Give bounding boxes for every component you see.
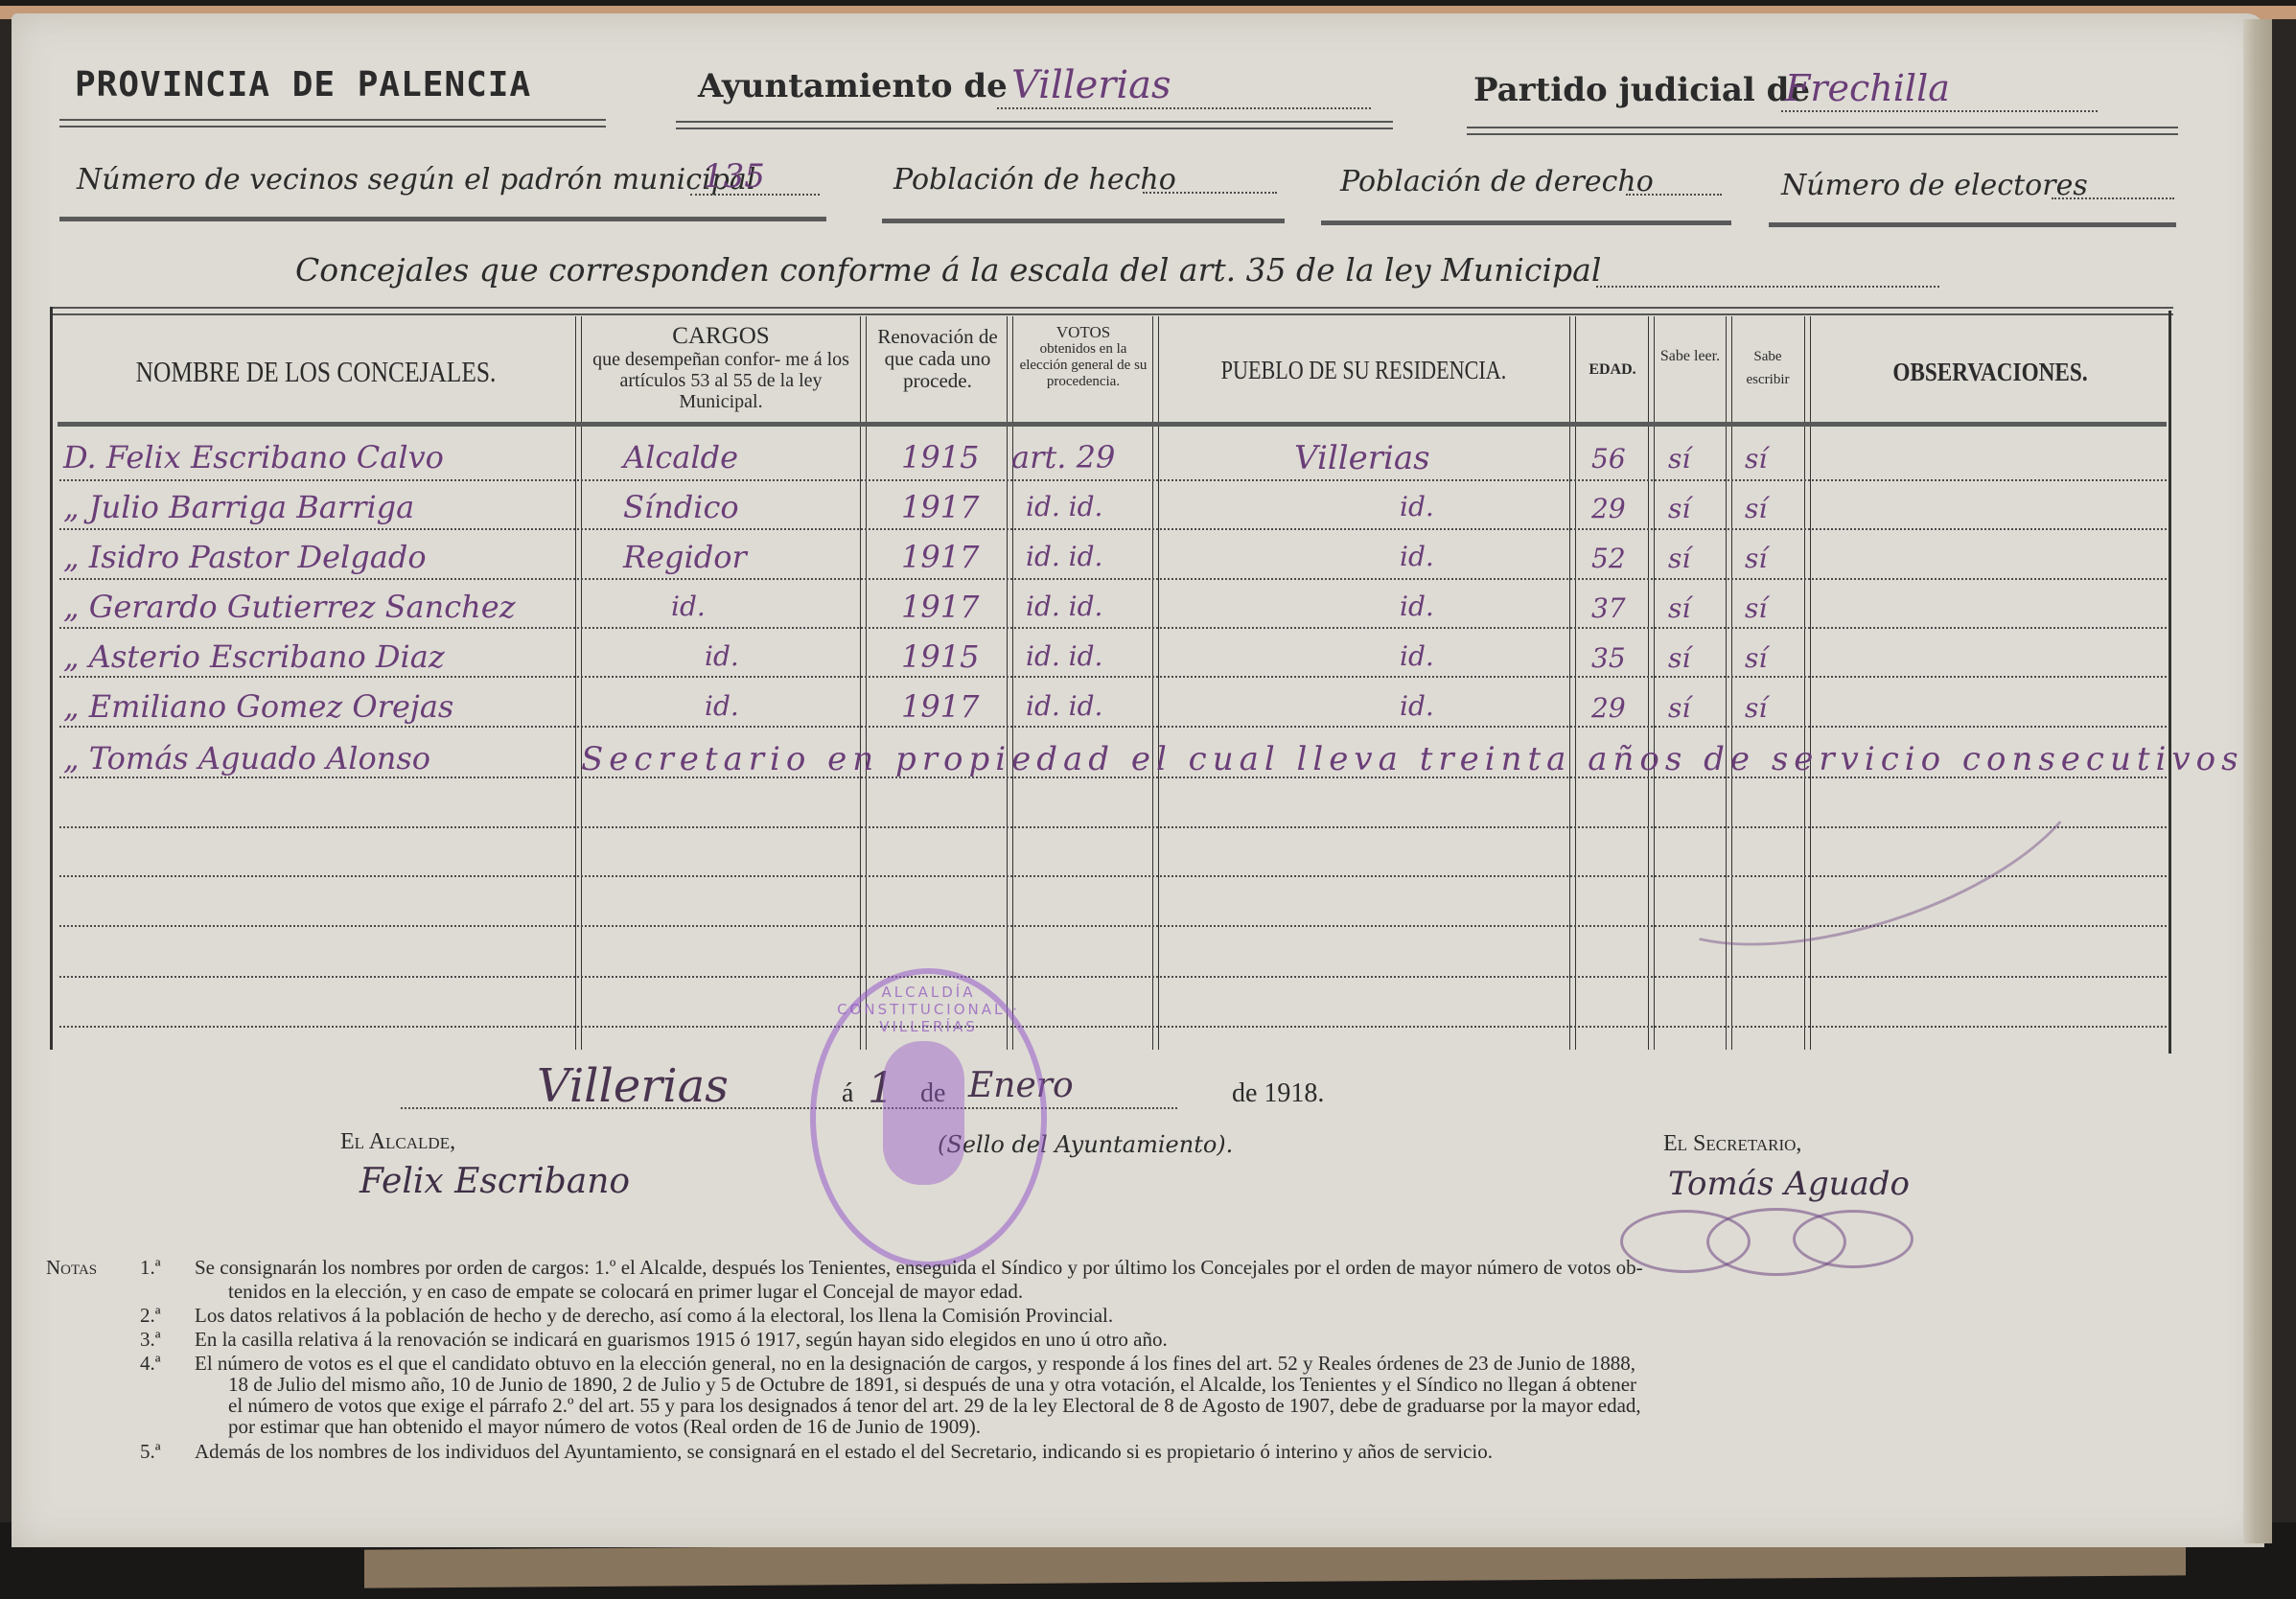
municipal-seal-stamp: ALCALDÍA CONSTITUCIONAL · VILLERÍAS <box>810 968 1047 1267</box>
cell-cargo: id. <box>705 640 739 672</box>
cell-pueblo: Villerias <box>1294 439 1430 477</box>
cell-nombre: „ Emiliano Gomez Orejas <box>63 688 453 725</box>
divider <box>676 121 1393 129</box>
cell-nombre: „ Asterio Escribano Diaz <box>63 638 445 675</box>
cell-nombre: D. Felix Escribano Calvo <box>63 439 444 475</box>
cell-nombre: „ Isidro Pastor Delgado <box>63 539 427 575</box>
col-header-votos-sub: obtenidos en la elección general de su p… <box>1014 341 1152 390</box>
date-place: Villerias <box>537 1059 729 1113</box>
coat-of-arms-icon <box>883 1041 964 1185</box>
row-line <box>59 528 2167 530</box>
cell-escribir: sí <box>1745 642 1767 674</box>
vecinos-label: Número de vecinos según el padrón munici… <box>77 163 755 197</box>
col-header-pueblo: PUEBLO DE SU RESIDENCIA. <box>1196 357 1531 383</box>
note-number: 5.ª <box>140 1440 161 1464</box>
col-header-cargos: CARGOS que desempeñan confor- me á los a… <box>583 324 859 412</box>
cell-pueblo: id. <box>1400 491 1434 522</box>
cell-leer: sí <box>1668 642 1690 674</box>
cell-edad: 29 <box>1591 692 1626 724</box>
cell-cargo: Síndico <box>623 489 739 525</box>
note-number: 3.ª <box>140 1328 161 1352</box>
cell-renovacion: 1917 <box>901 688 979 725</box>
poblacion-derecho-dotline <box>1626 194 1722 196</box>
cell-leer: sí <box>1668 543 1690 574</box>
note-line: tenidos en la elección, y en caso de emp… <box>228 1280 1023 1304</box>
col-header-votos: VOTOS obtenidos en la elección general d… <box>1014 324 1152 390</box>
col-header-edad: EDAD. <box>1577 362 1648 379</box>
cell-cargo: id. <box>705 690 739 722</box>
note-line: Se consignarán los nombres por orden de … <box>195 1256 1643 1280</box>
col-header-cargos-sub: que desempeñan confor- me á los artículo… <box>583 349 859 412</box>
col-header-escribir: Sabe escribir <box>1733 345 1802 391</box>
cell-pueblo: id. <box>1400 591 1434 622</box>
secretario-label: El Secretario, <box>1663 1131 1801 1157</box>
note-number: 2.ª <box>140 1304 161 1328</box>
cell-escribir: sí <box>1745 592 1767 624</box>
cell-nombre: „ Gerardo Gutierrez Sanchez <box>63 589 516 625</box>
province-title: PROVINCIA DE PALENCIA <box>75 65 531 104</box>
alcalde-signature: Felix Escribano <box>359 1162 630 1201</box>
date-year: de 1918. <box>1232 1078 1324 1109</box>
cell-leer: sí <box>1668 692 1690 724</box>
cell-renovacion: 1917 <box>901 539 979 575</box>
cell-cargo: id. <box>671 591 706 622</box>
row-line <box>59 976 2167 978</box>
cell-nombre: „ Julio Barriga Barriga <box>63 489 414 525</box>
cell-edad: 52 <box>1591 543 1626 574</box>
row-line <box>59 479 2167 481</box>
col-header-observaciones: OBSERVACIONES. <box>1837 359 2144 385</box>
electores-dotline <box>2052 197 2174 199</box>
cell-edad: 29 <box>1591 493 1626 524</box>
partido-label: Partido judicial de <box>1473 71 1810 109</box>
cell-pueblo: id. <box>1400 640 1434 672</box>
row-line <box>59 1026 2167 1028</box>
divider <box>59 119 606 127</box>
cell-leer: sí <box>1668 443 1690 475</box>
divider <box>1321 220 1731 225</box>
note-line: Los datos relativos á la población de he… <box>195 1304 1113 1328</box>
table-right-border <box>2168 311 2171 1054</box>
cell-edad: 37 <box>1591 592 1626 624</box>
cell-votos: id. id. <box>1026 690 1102 722</box>
cell-pueblo: id. <box>1400 690 1434 722</box>
ayuntamiento-label: Ayuntamiento de <box>698 67 1008 105</box>
cell-leer: sí <box>1668 493 1690 524</box>
cell-renovacion: 1917 <box>901 489 979 525</box>
cell-cargo: Regidor <box>623 539 747 575</box>
divider <box>882 219 1285 223</box>
electores-label: Número de electores <box>1781 169 2088 202</box>
divider <box>1467 127 2178 135</box>
note-line: Además de los nombres de los individuos … <box>195 1440 1493 1464</box>
cell-escribir: sí <box>1745 493 1767 524</box>
col-header-leer: Sabe leer. <box>1658 345 1722 368</box>
alcalde-label: El Alcalde, <box>340 1129 455 1155</box>
poblacion-derecho-label: Población de derecho <box>1340 165 1654 198</box>
cell-escribir: sí <box>1745 692 1767 724</box>
concejales-dotline <box>1596 286 1939 288</box>
note-number: 1.ª <box>140 1256 161 1280</box>
cell-edad: 56 <box>1591 443 1626 475</box>
cell-votos: art. 29 <box>1011 439 1115 475</box>
cell-edad: 35 <box>1591 642 1626 674</box>
header-separator <box>58 422 2167 427</box>
notes-label: Notas <box>46 1256 97 1280</box>
col-header-renovacion: Renovación de que cada uno procede. <box>869 326 1007 392</box>
secretario-signature: Tomás Aguado <box>1668 1165 1910 1203</box>
note-number: 4.ª <box>140 1352 161 1376</box>
ayuntamiento-value: Villerias <box>1011 63 1171 107</box>
col-header-votos-title: VOTOS <box>1014 324 1152 341</box>
table-top-border <box>53 307 2173 315</box>
cell-escribir: sí <box>1745 543 1767 574</box>
cell-cargo: Alcalde <box>623 439 738 475</box>
cell-renovacion: 1915 <box>901 638 979 675</box>
note-line: por estimar que han obtenido el mayor nú… <box>228 1415 981 1439</box>
vecinos-value: 135 <box>703 157 765 196</box>
col-header-cargos-title: CARGOS <box>583 324 859 349</box>
row-line <box>59 578 2167 580</box>
poblacion-hecho-label: Población de hecho <box>893 163 1176 197</box>
poblacion-hecho-dotline <box>1143 192 1277 194</box>
cell-votos: id. id. <box>1026 541 1102 572</box>
table-left-border <box>50 307 53 1050</box>
cell-votos: id. id. <box>1026 591 1102 622</box>
row-line <box>59 676 2167 678</box>
cell-renovacion: 1917 <box>901 589 979 625</box>
cell-votos: id. id. <box>1026 640 1102 672</box>
partido-dotline <box>1781 110 2098 112</box>
cell-leer: sí <box>1668 592 1690 624</box>
cell-escribir: sí <box>1745 443 1767 475</box>
stamp-text: ALCALDÍA CONSTITUCIONAL · VILLERÍAS <box>816 984 1041 1035</box>
cell-pueblo: id. <box>1400 541 1434 572</box>
row-line <box>59 627 2167 629</box>
divider <box>59 217 826 221</box>
divider <box>1769 222 2176 227</box>
note-line: En la casilla relativa á la renovación s… <box>195 1328 1168 1352</box>
col-header-nombre: NOMBRE DE LOS CONCEJALES. <box>105 357 526 388</box>
signature-flourish <box>1793 1210 1913 1268</box>
cell-nombre: „ Tomás Aguado Alonso <box>63 740 430 776</box>
date-dotline <box>401 1107 1177 1109</box>
cell-votos: id. id. <box>1026 491 1102 522</box>
partido-value: Frechilla <box>1785 67 1950 109</box>
page-stack-edge <box>2243 19 2272 1543</box>
concejales-scale-line: Concejales que corresponden conforme á l… <box>295 251 1601 289</box>
ayuntamiento-dotline <box>997 107 1371 109</box>
cell-renovacion: 1915 <box>901 439 979 475</box>
